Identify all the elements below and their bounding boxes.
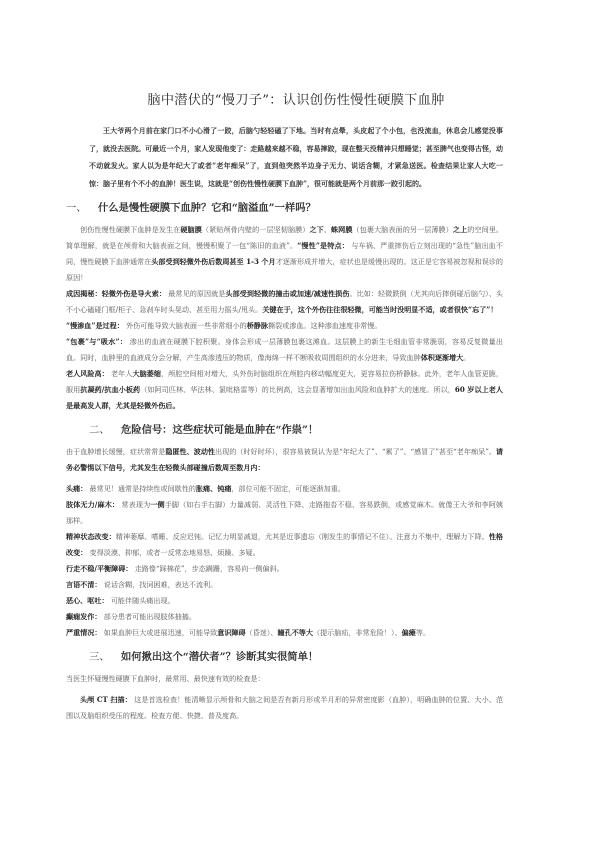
paragraph: “慢渗血”是过程： 外伤可能导致大脑表面一些非常细小的桥静脉撕裂或渗血。这种渗血… <box>66 318 503 334</box>
text-run: 走路像“踩棉花”，步态蹒跚，容易向一侧偏斜。 <box>132 564 283 573</box>
bold-run: 体积逐渐增大 <box>421 353 464 362</box>
paragraph: 严重情况： 如果血肿巨大或进展迅速，可能导致意识障碍（昏迷）、瞳孔不等大（提示脑… <box>66 625 503 641</box>
text-run: （提示脑疝，非常危险！）、 <box>313 628 402 637</box>
bold-run: 头痛： <box>66 484 87 493</box>
text-run: 外伤可能导致大脑表面一些非常细小的 <box>124 321 247 330</box>
bold-run: 大脑萎缩 <box>132 369 161 378</box>
text-run: （紧贴颅骨内壁的一层坚韧脑膜） <box>202 225 310 234</box>
text-run: 如果血肿巨大或进展迅速，可能导致 <box>101 628 217 637</box>
paragraph: 精神状态改变：精神萎靡、嗜睡、反应迟钝。记忆力明显减退，尤其是近事遗忘（刚发生的… <box>66 529 503 561</box>
bold-run: 行走不稳/平衡障碍： <box>66 564 132 573</box>
text-run: 部分患者可能出现肢体抽搐。 <box>101 612 195 621</box>
bold-run: 老人风险高： <box>66 369 109 378</box>
text-run: 最常见！通常是持续性或间歇性的 <box>87 484 196 493</box>
text-run: 出现的（时好时坏），很容易被误认为是“年纪大了”、“累了”、“感冒了”甚至“老年… <box>215 447 496 456</box>
document-content: 脑中潜伏的“慢刀子”：认识创伤性慢性硬膜下血肿 王大爷两个月前在家门口不小心滑了… <box>89 92 503 724</box>
bold-run: 癫痫发作： <box>66 612 101 621</box>
text-run: 当医生怀疑慢性硬膜下血肿时，最常用、最快速有效的检查是： <box>66 674 265 683</box>
bold-run: “慢性”是特点： <box>297 241 349 250</box>
bold-run: 严重情况： <box>66 628 101 637</box>
section-title: 危险信号：这些症状可能是血肿在“作祟”！ <box>121 424 318 436</box>
bold-run: 言语不清： <box>66 580 101 589</box>
text-run: （如阿司匹林、华法林、氯吡格雷等）的比例高，这会显著增加出血风险和血肿扩大的速度… <box>140 385 455 394</box>
text-run: ，部位可能不固定，可能逐渐加重。 <box>231 484 345 493</box>
bold-run: 之下 <box>309 225 323 234</box>
bold-run: 之上 <box>453 225 467 234</box>
text-run: 可能伴随头痛出现。 <box>109 596 175 605</box>
paragraph: 癫痫发作： 部分患者可能出现肢体抽搐。 <box>66 609 503 625</box>
bold-run: “包裹”与“吸水”： <box>66 337 127 346</box>
bold-run: 胀痛、钝痛 <box>196 484 231 493</box>
paragraph: 头颅 CT 扫描： 这是首选检查！能清晰显示颅骨和大脑之间是否有新月形或半月形的… <box>66 692 503 724</box>
bold-run: 成因揭秘：轻微外伤是导火索： <box>66 289 166 298</box>
section-1: 一、什么是慢性硬膜下血肿？它和“脑溢血”一样吗？ 创伤性慢性硬膜下血肿是发生在硬… <box>89 200 503 414</box>
text-run: 等。 <box>416 628 430 637</box>
bold-run: 恶心、呕吐： <box>66 596 109 605</box>
paragraph: 创伤性慢性硬膜下血肿是发生在硬脑膜（紧贴颅骨内壁的一层坚韧脑膜）之下、蛛网膜（包… <box>66 222 503 286</box>
text-run: 常表现为 <box>119 500 150 509</box>
paragraph: 肢体无力/麻木： 常表现为一侧手脚（如右手右脚）力量减弱、灵活性下降、走路拖沓不… <box>66 497 503 529</box>
section-2: 二、危险信号：这些症状可能是血肿在“作祟”！ 由于血肿增长缓慢，症状常常是隐匿性… <box>89 422 503 641</box>
paragraph: 由于血肿增长缓慢，症状常常是隐匿性、波动性出现的（时好时坏），很容易被误认为是“… <box>66 444 503 476</box>
text-run: （昏迷）、 <box>246 628 278 637</box>
document-page: 脑中潜伏的“慢刀子”：认识创伤性慢性硬膜下血肿 王大爷两个月前在家门口不小心滑了… <box>0 0 595 841</box>
bold-run: 一侧 <box>150 500 164 509</box>
bold-run: 偏瘫 <box>402 628 416 637</box>
text-run: 撕裂或渗血。这种渗血速度非常慢。 <box>268 321 382 330</box>
text-run: 由于血肿增长缓慢，症状常常是 <box>66 447 165 456</box>
paragraph: 当医生怀疑慢性硬膜下血肿时，最常用、最快速有效的检查是： <box>66 671 503 687</box>
text-run: 最常见的原因就是 <box>166 289 225 298</box>
bold-run: 肢体无力/麻木： <box>66 500 119 509</box>
intro-paragraph: 王大爷两个月前在家门口不小心滑了一跤，后脑勺轻轻磕了下地。当时有点晕，头皮起了个… <box>89 122 503 192</box>
bold-run: 头部受到轻微外伤后数周甚至 1-3 个月 <box>151 257 275 266</box>
text-run: 精神萎靡、嗜睡、反应迟钝。记忆力明显减退，尤其是近事遗忘（刚发生的事情记不住）。… <box>116 532 489 541</box>
text-run: 、 <box>324 225 331 234</box>
paragraph: 头痛： 最常见！通常是持续性或间歇性的胀痛、钝痛，部位可能不固定，可能逐渐加重。 <box>66 481 503 497</box>
bold-run: 瞳孔不等大 <box>278 628 313 637</box>
text-run: 说话含糊，找词困难，表达不流利。 <box>101 580 217 589</box>
section-3: 三、如何揪出这个“潜伏者”？诊断其实很简单！ 当医生怀疑慢性硬膜下血肿时，最常用… <box>89 649 503 724</box>
section-number: 一、 <box>66 200 98 216</box>
text-run: 变得淡漠、抑郁，或者一反常态地易怒、烦躁、多疑。 <box>87 548 260 557</box>
bold-run: 头颅 CT 扫描： <box>80 695 132 704</box>
page-title: 脑中潜伏的“慢刀子”：认识创伤性慢性硬膜下血肿 <box>89 92 503 110</box>
paragraph: 行走不稳/平衡障碍： 走路像“踩棉花”，步态蹒跚，容易向一侧偏斜。 <box>66 561 503 577</box>
paragraph: 言语不清： 说话含糊，找词困难，表达不流利。 <box>66 577 503 593</box>
bold-run: 抗凝药/抗血小板药 <box>80 385 140 394</box>
section-heading: 三、如何揪出这个“潜伏者”？诊断其实很简单！ <box>89 649 503 665</box>
bold-run: 关键在于，这个外伤往往很轻微，可能当时没明显不适，或者很快“忘了”！ <box>262 305 497 314</box>
text-run: （包裹大脑表面的另一层薄膜） <box>353 225 453 234</box>
text-run: 创伤性慢性硬膜下血肿是发生在 <box>80 225 180 234</box>
section-title: 如何揪出这个“潜伏者”？诊断其实很简单！ <box>121 651 318 663</box>
text-run: 。 <box>463 353 470 362</box>
paragraph: 老人风险高： 老年人大脑萎缩，颅腔空间相对增大，头外伤时脑组织在颅腔内移动幅度更… <box>66 366 503 414</box>
section-heading: 一、什么是慢性硬膜下血肿？它和“脑溢血”一样吗？ <box>66 200 503 216</box>
section-number: 三、 <box>89 649 121 665</box>
bold-run: 蛛网膜 <box>331 225 353 234</box>
paragraph: 成因揭秘：轻微外伤是导火索： 最常见的原因就是头部受到轻微的撞击或加速/减速性损… <box>66 286 503 318</box>
bold-run: “慢渗血”是过程： <box>66 321 124 330</box>
section-number: 二、 <box>89 422 121 438</box>
text-run: 这是首选检查！能清晰显示颅骨和大脑之间是否有新月形或半月形的异常密度影（血肿），… <box>66 695 503 720</box>
paragraph: “包裹”与“吸水”： 渗出的血液在硬膜下腔积聚。身体会形成一层薄膜包裹这滩血。这… <box>66 334 503 366</box>
section-title: 什么是慢性硬膜下血肿？它和“脑溢血”一样吗？ <box>98 202 316 214</box>
bold-run: 硬脑膜 <box>180 225 202 234</box>
section-heading: 二、危险信号：这些症状可能是血肿在“作祟”！ <box>89 422 503 438</box>
paragraph: 恶心、呕吐： 可能伴随头痛出现。 <box>66 593 503 609</box>
bold-run: 隐匿性、波动性 <box>165 447 215 456</box>
bold-run: 桥静脉 <box>247 321 268 330</box>
bold-run: 头部受到轻微的撞击或加速/减速性损伤 <box>225 289 349 298</box>
bold-run: 意识障碍 <box>217 628 245 637</box>
bold-run: 精神状态改变： <box>66 532 116 541</box>
text-run: 老年人 <box>109 369 133 378</box>
